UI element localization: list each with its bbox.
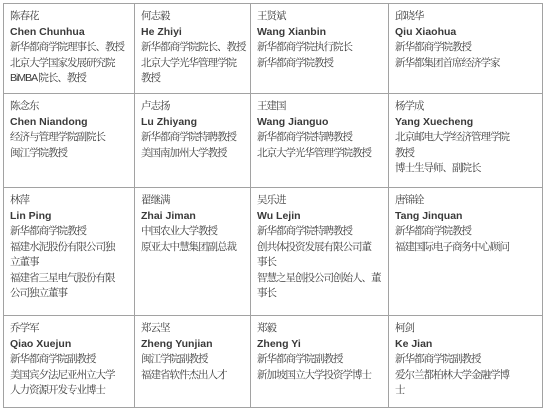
faculty-name-zh: 郑毅 [257, 321, 386, 337]
faculty-title-line: 福建水泥股份有限公司独 [10, 240, 132, 256]
faculty-name-en: Zheng Yi [257, 337, 386, 353]
faculty-cell-lu-zhiyang: 卢志扬 Lu Zhiyang 新华都商学院特聘教授美国南加州大学教授 [135, 94, 251, 188]
faculty-titles: 新华都商学院教授新华都集团首席经济学家 [395, 40, 540, 71]
faculty-table: 陈春花 Chen Chunhua 新华都商学院理事长、教授北京大学国家发展研究院… [3, 3, 543, 408]
faculty-cell-wang-xianbin: 王贤斌 Wang Xianbin 新华都商学院执行院长新华都商学院教授 [251, 4, 389, 94]
faculty-title-line: 闽江学院教授 [10, 146, 132, 162]
faculty-titles: 新华都商学院理事长、教授北京大学国家发展研究院BiMBA 院长、教授 [10, 40, 132, 87]
faculty-name-en: Wang Jianguo [257, 115, 386, 131]
faculty-title-line: 公司独立董事 [10, 286, 132, 302]
faculty-name-zh: 翟继满 [141, 193, 248, 209]
faculty-title-line: 新华都商学院教授 [257, 56, 386, 72]
faculty-title-line: 北京大学国家发展研究院 [10, 56, 132, 72]
faculty-title-line: 经济与管理学院副院长 [10, 130, 132, 146]
faculty-name-en: Qiu Xiaohua [395, 25, 540, 41]
faculty-title-line: 闽江学院副教授 [141, 352, 248, 368]
faculty-name-zh: 唐锦铨 [395, 193, 540, 209]
faculty-name-en: Yang Xuecheng [395, 115, 540, 131]
faculty-titles: 新华都商学院特聘教授创共体投资发展有限公司董事长智慧之星创投公司创始人、董事长 [257, 224, 386, 302]
faculty-title-line: 爱尔兰都柏林大学金融学博 [395, 368, 540, 384]
faculty-title-line: 新华都商学院特聘教授 [257, 130, 386, 146]
faculty-title-line: BiMBA 院长、教授 [10, 71, 132, 87]
faculty-name-zh: 王建国 [257, 99, 386, 115]
faculty-title-line: 新华都商学院教授 [10, 224, 132, 240]
faculty-title-line: 新华都商学院教授 [395, 224, 540, 240]
faculty-cell-qiao-xuejun: 乔学军 Qiao Xuejun 新华都商学院副教授美国宾夕法尼亚州立大学人力资源… [4, 316, 135, 408]
faculty-name-en: He Zhiyi [141, 25, 248, 41]
faculty-title-line: 福建省软件杰出人才 [141, 368, 248, 384]
faculty-name-zh: 郑云坚 [141, 321, 248, 337]
faculty-title-line: 福建国际电子商务中心顾问 [395, 240, 540, 256]
faculty-name-zh: 吴乐进 [257, 193, 386, 209]
faculty-cell-wang-jianguo: 王建国 Wang Jianguo 新华都商学院特聘教授北京大学光华管理学院教授 [251, 94, 389, 188]
faculty-cell-yang-xuecheng: 杨学成 Yang Xuecheng 北京邮电大学经济管理学院教授博士生导师、副院… [389, 94, 543, 188]
faculty-titles: 新华都商学院副教授新加坡国立大学投资学博士 [257, 352, 386, 383]
faculty-title-line: 新华都商学院执行院长 [257, 40, 386, 56]
faculty-title-line: 北京邮电大学经济管理学院 [395, 130, 540, 146]
faculty-name-zh: 卢志扬 [141, 99, 248, 115]
faculty-name-en: Zheng Yunjian [141, 337, 248, 353]
faculty-title-line: 博士生导师、副院长 [395, 161, 540, 177]
faculty-titles: 新华都商学院执行院长新华都商学院教授 [257, 40, 386, 71]
faculty-titles: 新华都商学院教授福建国际电子商务中心顾问 [395, 224, 540, 255]
faculty-title-line: 创共体投资发展有限公司董 [257, 240, 386, 256]
faculty-name-zh: 陈春花 [10, 9, 132, 25]
faculty-title-line: 新华都商学院理事长、教授 [10, 40, 132, 56]
faculty-cell-qiu-xiaohua: 邱晓华 Qiu Xiaohua 新华都商学院教授新华都集团首席经济学家 [389, 4, 543, 94]
faculty-name-zh: 陈念东 [10, 99, 132, 115]
faculty-titles: 闽江学院副教授福建省软件杰出人才 [141, 352, 248, 383]
faculty-name-en: Qiao Xuejun [10, 337, 132, 353]
faculty-title-line: 新华都商学院教授 [395, 40, 540, 56]
faculty-title-line: 教授 [395, 146, 540, 162]
faculty-title-line: 原亚太中慧集团副总裁 [141, 240, 248, 256]
faculty-name-en: Chen Niandong [10, 115, 132, 131]
faculty-titles: 新华都商学院副教授爱尔兰都柏林大学金融学博士 [395, 352, 540, 399]
faculty-name-en: Tang Jinquan [395, 209, 540, 225]
faculty-name-zh: 邱晓华 [395, 9, 540, 25]
faculty-title-line: 人力资源开发专业博士 [10, 383, 132, 399]
faculty-name-en: Chen Chunhua [10, 25, 132, 41]
faculty-title-line: 教授 [141, 71, 248, 87]
faculty-title-line: 立董事 [10, 255, 132, 271]
faculty-titles: 中国农业大学教授原亚太中慧集团副总裁 [141, 224, 248, 255]
faculty-cell-zheng-yunjian: 郑云坚 Zheng Yunjian 闽江学院副教授福建省软件杰出人才 [135, 316, 251, 408]
faculty-name-zh: 柯剑 [395, 321, 540, 337]
faculty-cell-ke-jian: 柯剑 Ke Jian 新华都商学院副教授爱尔兰都柏林大学金融学博士 [389, 316, 543, 408]
faculty-title-line: 福建省三星电气股份有限 [10, 271, 132, 287]
faculty-name-en: Wu Lejin [257, 209, 386, 225]
faculty-titles: 新华都商学院特聘教授美国南加州大学教授 [141, 130, 248, 161]
faculty-name-zh: 王贤斌 [257, 9, 386, 25]
faculty-cell-chen-chunhua: 陈春花 Chen Chunhua 新华都商学院理事长、教授北京大学国家发展研究院… [4, 4, 135, 94]
faculty-title-line: 新华都商学院院长、教授 [141, 40, 248, 56]
faculty-titles: 新华都商学院副教授美国宾夕法尼亚州立大学人力资源开发专业博士 [10, 352, 132, 399]
faculty-title-line: 美国宾夕法尼亚州立大学 [10, 368, 132, 384]
faculty-title-line: 新华都商学院副教授 [10, 352, 132, 368]
faculty-title-line: 北京大学光华管理学院 [141, 56, 248, 72]
faculty-title-line: 新华都集团首席经济学家 [395, 56, 540, 72]
faculty-name-zh: 林萍 [10, 193, 132, 209]
faculty-titles: 新华都商学院特聘教授北京大学光华管理学院教授 [257, 130, 386, 161]
faculty-name-en: Lu Zhiyang [141, 115, 248, 131]
faculty-cell-lin-ping: 林萍 Lin Ping 新华都商学院教授福建水泥股份有限公司独立董事福建省三星电… [4, 188, 135, 316]
faculty-titles: 新华都商学院院长、教授北京大学光华管理学院教授 [141, 40, 248, 87]
faculty-name-en: Ke Jian [395, 337, 540, 353]
faculty-title-line: 智慧之星创投公司创始人、董 [257, 271, 386, 287]
faculty-name-zh: 杨学成 [395, 99, 540, 115]
faculty-title-line: 事长 [257, 286, 386, 302]
faculty-title-line: 中国农业大学教授 [141, 224, 248, 240]
faculty-cell-he-zhiyi: 何志毅 He Zhiyi 新华都商学院院长、教授北京大学光华管理学院教授 [135, 4, 251, 94]
faculty-cell-zhai-jiman: 翟继满 Zhai Jiman 中国农业大学教授原亚太中慧集团副总裁 [135, 188, 251, 316]
faculty-title-line: 事长 [257, 255, 386, 271]
faculty-name-en: Wang Xianbin [257, 25, 386, 41]
faculty-cell-zheng-yi: 郑毅 Zheng Yi 新华都商学院副教授新加坡国立大学投资学博士 [251, 316, 389, 408]
faculty-titles: 经济与管理学院副院长闽江学院教授 [10, 130, 132, 161]
faculty-title-line: 新华都商学院副教授 [257, 352, 386, 368]
faculty-title-line: 新华都商学院特聘教授 [141, 130, 248, 146]
faculty-name-zh: 乔学军 [10, 321, 132, 337]
faculty-name-zh: 何志毅 [141, 9, 248, 25]
faculty-title-line: 北京大学光华管理学院教授 [257, 146, 386, 162]
faculty-title-line: 士 [395, 383, 540, 399]
faculty-cell-tang-jinquan: 唐锦铨 Tang Jinquan 新华都商学院教授福建国际电子商务中心顾问 [389, 188, 543, 316]
faculty-cell-wu-lejin: 吴乐进 Wu Lejin 新华都商学院特聘教授创共体投资发展有限公司董事长智慧之… [251, 188, 389, 316]
faculty-title-line: 美国南加州大学教授 [141, 146, 248, 162]
faculty-title-line: 新加坡国立大学投资学博士 [257, 368, 386, 384]
faculty-titles: 北京邮电大学经济管理学院教授博士生导师、副院长 [395, 130, 540, 177]
faculty-name-en: Zhai Jiman [141, 209, 248, 225]
faculty-cell-chen-niandong: 陈念东 Chen Niandong 经济与管理学院副院长闽江学院教授 [4, 94, 135, 188]
faculty-name-en: Lin Ping [10, 209, 132, 225]
faculty-title-line: 新华都商学院特聘教授 [257, 224, 386, 240]
faculty-title-line: 新华都商学院副教授 [395, 352, 540, 368]
faculty-titles: 新华都商学院教授福建水泥股份有限公司独立董事福建省三星电气股份有限公司独立董事 [10, 224, 132, 302]
